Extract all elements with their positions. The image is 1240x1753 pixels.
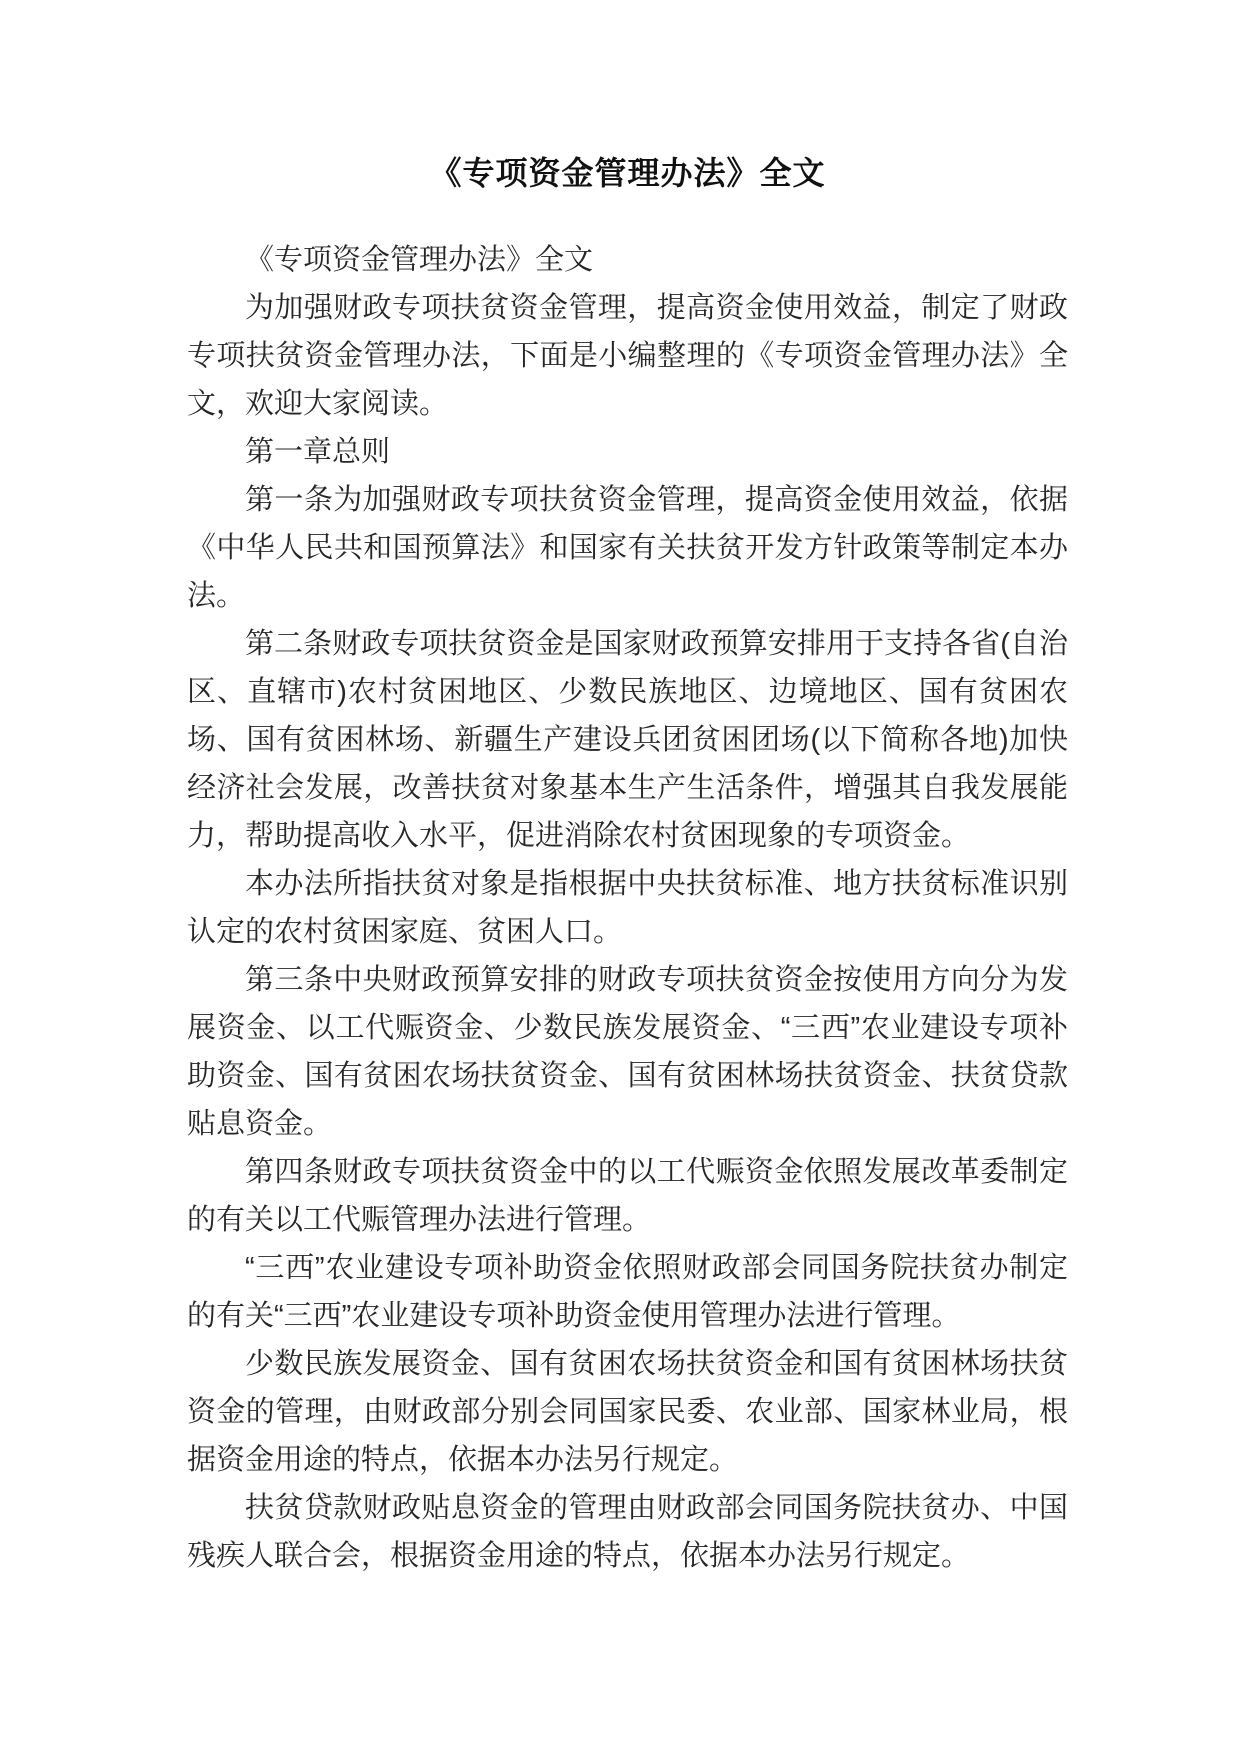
document-page: 《专项资金管理办法》全文 《专项资金管理办法》全文为加强财政专项扶贫资金管理，提… xyxy=(0,0,1240,1753)
paragraph: 第二条财政专项扶贫资金是国家财政预算安排用于支持各省(自治区、直辖市)农村贫困地… xyxy=(187,620,1068,860)
paragraph: 第一章总则 xyxy=(187,428,1068,476)
paragraph: “三西”农业建设专项补助资金依照财政部会同国务院扶贫办制定的有关“三西”农业建设… xyxy=(187,1244,1068,1340)
paragraph: 扶贫贷款财政贴息资金的管理由财政部会同国务院扶贫办、中国残疾人联合会，根据资金用… xyxy=(187,1484,1068,1580)
document-content: 《专项资金管理办法》全文为加强财政专项扶贫资金管理，提高资金使用效益，制定了财政… xyxy=(187,236,1068,1580)
paragraph: 本办法所指扶贫对象是指根据中央扶贫标准、地方扶贫标准识别认定的农村贫困家庭、贫困… xyxy=(187,860,1068,956)
document-title: 《专项资金管理办法》全文 xyxy=(187,148,1068,198)
paragraph: 少数民族发展资金、国有贫困农场扶贫资金和国有贫困林场扶贫资金的管理，由财政部分别… xyxy=(187,1340,1068,1484)
paragraph: 第四条财政专项扶贫资金中的以工代赈资金依照发展改革委制定的有关以工代赈管理办法进… xyxy=(187,1148,1068,1244)
paragraph: 为加强财政专项扶贫资金管理，提高资金使用效益，制定了财政专项扶贫资金管理办法，下… xyxy=(187,284,1068,428)
paragraph: 《专项资金管理办法》全文 xyxy=(187,236,1068,284)
paragraph: 第一条为加强财政专项扶贫资金管理，提高资金使用效益，依据《中华人民共和国预算法》… xyxy=(187,476,1068,620)
paragraph: 第三条中央财政预算安排的财政专项扶贫资金按使用方向分为发展资金、以工代赈资金、少… xyxy=(187,956,1068,1148)
